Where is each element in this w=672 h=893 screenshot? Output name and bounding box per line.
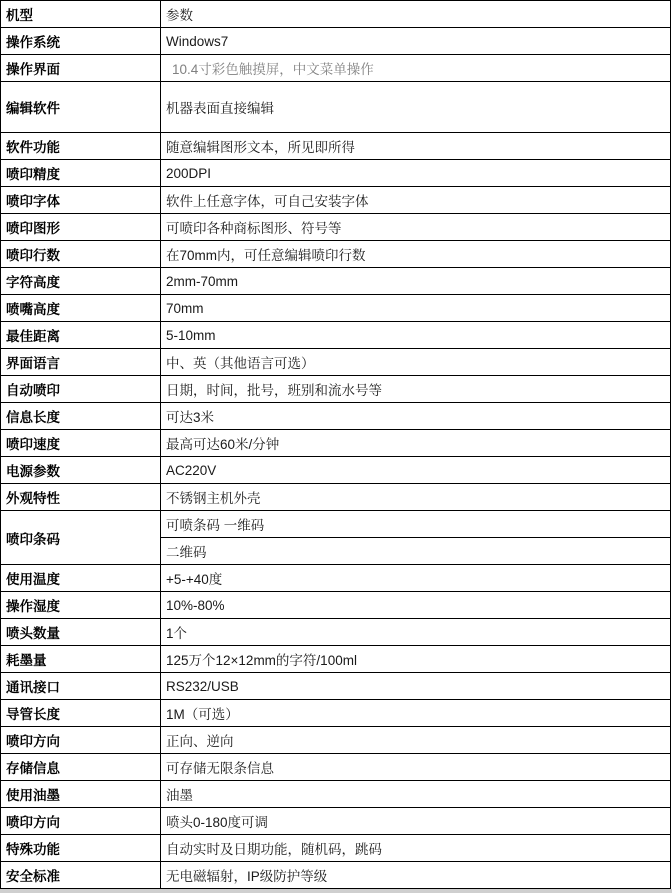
table-row: 操作系统 Windows7 [1, 28, 671, 55]
spec-label: 存储信息 [1, 754, 161, 781]
table-row: 软件功能 随意编辑图形文本，所见即所得 [1, 133, 671, 160]
spec-label: 喷印速度 [1, 430, 161, 457]
spec-value: 二维码 [161, 538, 671, 565]
spec-label: 喷印图形 [1, 214, 161, 241]
table-row: 电源参数 AC220V [1, 457, 671, 484]
spec-value: 喷头0-180度可调 [161, 808, 671, 835]
spec-label: 界面语言 [1, 349, 161, 376]
table-row: 喷印精度 200DPI [1, 160, 671, 187]
spec-value: 在70mm内，可任意编辑喷印行数 [161, 241, 671, 268]
table-row: 信息长度 可达3米 [1, 403, 671, 430]
spec-label: 喷印字体 [1, 187, 161, 214]
table-row: 字符高度 2mm-70mm [1, 268, 671, 295]
spec-value: 正向、逆向 [161, 727, 671, 754]
table-row: 使用油墨 油墨 [1, 781, 671, 808]
table-row: 喷嘴高度 70mm [1, 295, 671, 322]
spec-value: RS232/USB [161, 673, 671, 700]
spec-value: 日期，时间，批号，班别和流水号等 [161, 376, 671, 403]
spec-value: 10%-80% [161, 592, 671, 619]
table-row: 界面语言 中、英（其他语言可选） [1, 349, 671, 376]
table-row: 安全标准 无电磁辐射，IP级防护等级 [1, 862, 671, 889]
header-model: 机型 [1, 1, 161, 28]
spec-label: 信息长度 [1, 403, 161, 430]
spec-label: 最佳距离 [1, 322, 161, 349]
spec-value: 可达3米 [161, 403, 671, 430]
spec-value: 机器表面直接编辑 [161, 82, 671, 133]
table-row: 喷印条码 可喷条码 一维码 [1, 511, 671, 538]
spec-value: 10.4寸彩色触摸屏，中文菜单操作 [161, 55, 671, 82]
table-row: 喷印方向 正向、逆向 [1, 727, 671, 754]
spec-label: 喷头数量 [1, 619, 161, 646]
table-row: 自动喷印 日期，时间，批号，班别和流水号等 [1, 376, 671, 403]
spec-label: 编辑软件 [1, 82, 161, 133]
spec-value: 随意编辑图形文本，所见即所得 [161, 133, 671, 160]
spec-table: 机型 参数 操作系统 Windows7 操作界面 10.4寸彩色触摸屏，中文菜单… [0, 0, 671, 889]
spec-label: 喷印行数 [1, 241, 161, 268]
spec-value: 最高可达60米/分钟 [161, 430, 671, 457]
spec-value: 1个 [161, 619, 671, 646]
spec-value: 125万个12×12mm的字符/100ml [161, 646, 671, 673]
spec-label: 使用温度 [1, 565, 161, 592]
spec-value: 5-10mm [161, 322, 671, 349]
spec-label: 特殊功能 [1, 835, 161, 862]
spec-value: AC220V [161, 457, 671, 484]
table-row: 喷印行数 在70mm内，可任意编辑喷印行数 [1, 241, 671, 268]
spec-value: 中、英（其他语言可选） [161, 349, 671, 376]
spec-value: 不锈钢主机外壳 [161, 484, 671, 511]
table-row: 操作湿度 10%-80% [1, 592, 671, 619]
spec-label: 外观特性 [1, 484, 161, 511]
table-row: 喷印方向 喷头0-180度可调 [1, 808, 671, 835]
spec-value: 自动实时及日期功能，随机码，跳码 [161, 835, 671, 862]
spec-label: 字符高度 [1, 268, 161, 295]
spec-label: 耗墨量 [1, 646, 161, 673]
table-row: 编辑软件 机器表面直接编辑 [1, 82, 671, 133]
table-row: 存储信息 可存储无限条信息 [1, 754, 671, 781]
spec-label: 喷印精度 [1, 160, 161, 187]
table-header-row: 机型 参数 [1, 1, 671, 28]
spec-value: Windows7 [161, 28, 671, 55]
spec-label: 喷印方向 [1, 727, 161, 754]
spec-value: 70mm [161, 295, 671, 322]
spec-value: +5-+40度 [161, 565, 671, 592]
table-row: 最佳距离 5-10mm [1, 322, 671, 349]
table-row: 外观特性 不锈钢主机外壳 [1, 484, 671, 511]
table-row: 耗墨量 125万个12×12mm的字符/100ml [1, 646, 671, 673]
spec-label: 操作湿度 [1, 592, 161, 619]
table-row: 特殊功能 自动实时及日期功能，随机码，跳码 [1, 835, 671, 862]
table-row: 喷印字体 软件上任意字体，可自己安装字体 [1, 187, 671, 214]
spec-value: 2mm-70mm [161, 268, 671, 295]
spec-value: 1M（可选） [161, 700, 671, 727]
table-row: 喷印速度 最高可达60米/分钟 [1, 430, 671, 457]
spec-label: 操作界面 [1, 55, 161, 82]
spec-value: 软件上任意字体，可自己安装字体 [161, 187, 671, 214]
spec-label: 喷印方向 [1, 808, 161, 835]
spec-value: 可喷条码 一维码 [161, 511, 671, 538]
spec-label: 通讯接口 [1, 673, 161, 700]
spec-value: 200DPI [161, 160, 671, 187]
spec-label: 安全标准 [1, 862, 161, 889]
spec-label: 使用油墨 [1, 781, 161, 808]
spec-label: 自动喷印 [1, 376, 161, 403]
spec-label: 软件功能 [1, 133, 161, 160]
table-row: 喷头数量 1个 [1, 619, 671, 646]
table-row: 使用温度 +5-+40度 [1, 565, 671, 592]
spec-value: 油墨 [161, 781, 671, 808]
table-row: 通讯接口 RS232/USB [1, 673, 671, 700]
table-row: 喷印图形 可喷印各种商标图形、符号等 [1, 214, 671, 241]
spec-label: 喷嘴高度 [1, 295, 161, 322]
spec-label: 操作系统 [1, 28, 161, 55]
table-row: 导管长度 1M（可选） [1, 700, 671, 727]
table-row: 操作界面 10.4寸彩色触摸屏，中文菜单操作 [1, 55, 671, 82]
spec-value: 可存储无限条信息 [161, 754, 671, 781]
bottom-scroll-strip [0, 889, 672, 893]
spec-label: 喷印条码 [1, 511, 161, 565]
header-params: 参数 [161, 1, 671, 28]
spec-value: 可喷印各种商标图形、符号等 [161, 214, 671, 241]
spec-value: 无电磁辐射，IP级防护等级 [161, 862, 671, 889]
spec-label: 导管长度 [1, 700, 161, 727]
spec-label: 电源参数 [1, 457, 161, 484]
